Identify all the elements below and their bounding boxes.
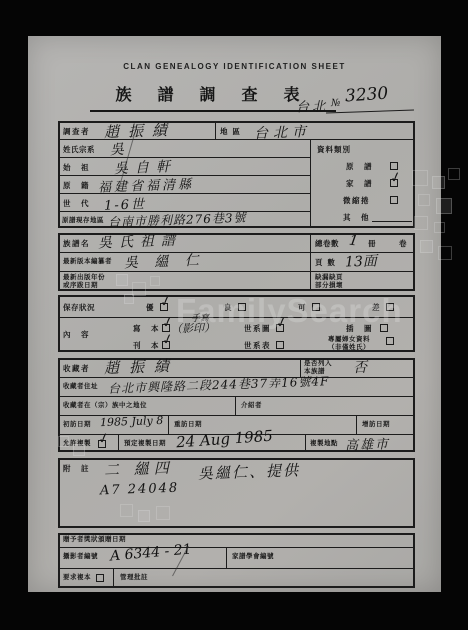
watermark-square bbox=[412, 170, 428, 186]
women-data-label: 專屬婦女資料 bbox=[328, 336, 370, 344]
volumes-unit1: 冊 bbox=[368, 238, 377, 249]
hw-generation: 1-6世 bbox=[104, 193, 147, 213]
volumes-unit2: 卷 bbox=[399, 238, 408, 249]
photographer-no-label: 攝影者編號 bbox=[63, 553, 98, 561]
watermark-square bbox=[116, 274, 128, 286]
hw-notes-line1a: 二 縕四 bbox=[104, 457, 174, 480]
hw-holder: 趙振績 bbox=[104, 355, 180, 379]
copy-request-label: 要求複本 bbox=[63, 574, 91, 582]
watermark-square bbox=[124, 294, 134, 304]
hw-origin: 福建省福清縣 bbox=[98, 173, 195, 195]
divider bbox=[118, 434, 119, 452]
watermark-square bbox=[58, 436, 69, 447]
society-no-label: 家譜學會編號 bbox=[232, 553, 274, 561]
divider bbox=[58, 157, 310, 158]
revisit-label: 重訪日期 bbox=[174, 421, 202, 429]
damage-label-line2: 部分損壞 bbox=[315, 282, 343, 290]
clan-label: 姓氏宗系 bbox=[63, 144, 95, 155]
women-data-sublabel: （非僅姓氏） bbox=[328, 344, 370, 352]
divider bbox=[310, 233, 311, 291]
checkbox-lineage-table bbox=[276, 341, 284, 349]
area-label: 地 區 bbox=[220, 126, 241, 137]
watermark-square bbox=[156, 506, 170, 520]
pubdate-label-line2: 或序跋日期 bbox=[63, 282, 98, 290]
scanned-genealogy-sheet: { "header": { "en_title": "CLAN GENEALOG… bbox=[0, 0, 468, 630]
watermark-square bbox=[120, 504, 133, 517]
divider bbox=[168, 415, 169, 434]
watermark-square bbox=[436, 198, 452, 214]
damage-label-line1: 缺漏缺頁 bbox=[315, 274, 343, 282]
hw-listed: 否 bbox=[353, 357, 368, 377]
location-label: 原譜現存地區 bbox=[62, 217, 104, 225]
hw-notes-line1b: 吳縕仁、提供 bbox=[198, 459, 301, 484]
material-microfilm-label: 微縮捲 bbox=[343, 195, 370, 206]
manuscript-label: 寫 本 bbox=[133, 323, 160, 334]
watermark-square bbox=[448, 168, 460, 180]
divider bbox=[113, 568, 114, 588]
holder-address-label: 收藏者住址 bbox=[63, 383, 98, 391]
hw-editor: 吳 縕 仁 bbox=[124, 250, 206, 273]
watermark-square bbox=[432, 176, 445, 189]
editor-label: 最新版本編纂者 bbox=[63, 258, 112, 266]
hw-serial-prefix: № bbox=[331, 98, 341, 109]
material-title: 資料類別 bbox=[317, 144, 351, 155]
divider bbox=[58, 271, 415, 272]
other-fill-line bbox=[372, 221, 412, 222]
divider bbox=[305, 434, 306, 452]
checkbox-grade-excellent bbox=[160, 303, 168, 311]
checkbox-copy-permit bbox=[98, 440, 106, 448]
watermark-square bbox=[434, 222, 445, 233]
hw-serial-number: 3230 bbox=[344, 84, 389, 107]
form-english-title: CLAN GENEALOGY IDENTIFICATION SHEET bbox=[28, 62, 441, 71]
register-name-label: 族譜名 bbox=[63, 238, 90, 249]
lineage-table-label: 世系表 bbox=[244, 340, 271, 351]
watermark-square bbox=[132, 282, 146, 296]
hw-area: 台北市 bbox=[254, 121, 312, 143]
checkbox-family-register bbox=[390, 179, 398, 187]
management-note-label: 管理批註 bbox=[120, 574, 148, 582]
divider bbox=[235, 396, 236, 415]
holder-position-label: 收藏者在（宗）族中之地位 bbox=[63, 402, 147, 410]
pubdate-label-line1: 最新出版年份 bbox=[63, 274, 105, 282]
copy-place-label: 複製地點 bbox=[310, 440, 338, 448]
content-label: 內 容 bbox=[63, 329, 90, 340]
serial-underline bbox=[326, 109, 414, 113]
material-original-label: 原 譜 bbox=[346, 161, 373, 172]
checkbox-microfilm bbox=[390, 196, 398, 204]
condition-label: 保存狀況 bbox=[63, 302, 95, 313]
checkbox-women-data bbox=[386, 337, 394, 345]
divider bbox=[215, 121, 216, 139]
hw-city: 台北 bbox=[296, 95, 329, 115]
checkbox-copy-request bbox=[96, 574, 104, 582]
divider bbox=[58, 193, 310, 194]
holder-label: 收藏者 bbox=[63, 363, 90, 374]
first-visit-label: 初訪日期 bbox=[63, 421, 91, 429]
hw-pages: 13面 bbox=[345, 250, 378, 271]
watermark-square bbox=[438, 246, 452, 260]
watermark-square bbox=[414, 216, 428, 230]
divider bbox=[58, 568, 415, 569]
divider bbox=[226, 547, 227, 568]
hw-register-name: 吳氏祖譜 bbox=[98, 230, 183, 253]
watermark-square bbox=[73, 444, 85, 456]
hw-first-visit: 1985 July 8 bbox=[100, 414, 164, 429]
volumes-label: 總卷數 bbox=[315, 238, 339, 249]
material-family-label: 家 譜 bbox=[346, 178, 373, 189]
hw-notes-line2: A7 24048 bbox=[100, 481, 180, 499]
scanned-form-paper: CLAN GENEALOGY IDENTIFICATION SHEET 族 譜 … bbox=[28, 36, 441, 592]
introducer-label: 介紹者 bbox=[241, 402, 262, 410]
origin-label: 原 籍 bbox=[63, 180, 90, 191]
watermark-square bbox=[418, 194, 430, 206]
surveyor-label: 調查者 bbox=[63, 126, 90, 137]
generation-label: 世 代 bbox=[63, 198, 90, 209]
watermark-square bbox=[150, 276, 160, 286]
award-date-label: 贈予者獎狀頒贈日期 bbox=[63, 536, 126, 544]
checkbox-print bbox=[162, 341, 170, 349]
print-label: 刊 本 bbox=[133, 340, 160, 351]
listed-label-line1: 是否列入 bbox=[304, 360, 332, 368]
familysearch-watermark-text: FamilySearch bbox=[176, 292, 403, 330]
watermark-square bbox=[420, 240, 433, 253]
grade-excellent-label: 優 bbox=[146, 302, 155, 313]
material-other-label: 其 他 bbox=[343, 212, 370, 223]
copy-date-label: 預定複製日期 bbox=[124, 440, 166, 448]
notes-label: 附 註 bbox=[63, 463, 90, 474]
pages-label: 頁 數 bbox=[315, 257, 336, 268]
founder-label: 始 祖 bbox=[63, 162, 90, 173]
divider bbox=[356, 415, 357, 434]
hw-copy-place: 高雄市 bbox=[345, 433, 391, 454]
hw-clan: 吳 bbox=[110, 139, 125, 159]
watermark-square bbox=[138, 510, 150, 522]
additional-visit-label: 增訪日期 bbox=[362, 421, 390, 429]
divider bbox=[310, 139, 311, 228]
